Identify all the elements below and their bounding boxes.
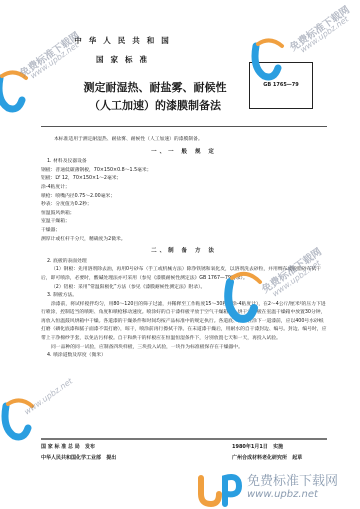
list-item: 钢板：普通低碳薄钢板，70×150×0.8～1.5毫米； — [41, 167, 327, 176]
paragraph: 涂漆前，将试样搅拌均匀，用80～120目的筛子过滤，并稀释至工作粘度15～30秒… — [41, 301, 327, 344]
list-item: 铝板：LY 12，70×150×1～2毫米； — [41, 175, 327, 184]
list-item: 干燥器； — [41, 227, 327, 236]
document-title-line2: （人工加速）的漆膜制备法 — [60, 97, 250, 113]
footer-left: 国 家 标 准 总 局 发布 中华人民共和国化学工业部 提出 — [41, 442, 116, 464]
item-label: 4. 喷涂道数及厚度（微米） — [41, 352, 327, 361]
section-heading-general: 一、一 般 规 定 — [41, 148, 327, 157]
drafter: 广州合成材料老化研究所 — [232, 455, 287, 461]
list-item: 秒表：分度值为0.2秒； — [41, 201, 327, 210]
proposer: 中华人民共和国化学工业部 — [41, 455, 101, 461]
section-heading-method: 二、制 备 方 法 — [41, 247, 327, 256]
effective-date: 1980年1月1日 — [232, 444, 268, 450]
intro-paragraph: 本标准适用于测定耐湿热、耐盐雾、耐候性（人工加速）的漆膜制备。 — [41, 136, 327, 145]
effective-action: 实施 — [273, 444, 283, 450]
proposer-action: 提出 — [106, 455, 116, 461]
list-item: 涂-4粘度计； — [41, 184, 327, 193]
issuer-line: 国 家 标 准 总 局 发布 — [41, 442, 116, 453]
site-brand: 免费标准下载网 www.upbz.net — [195, 470, 360, 509]
paragraph: 同一品种的同一试验，应制备四块样板，三块投入试验，一块作为标准板保存在干燥器中。 — [41, 344, 327, 353]
footer-right: 1980年1月1日 实施 广州合成材料老化研究所 起草 — [232, 442, 327, 464]
item-label: 3. 制板方法。 — [41, 292, 327, 301]
paragraph: （1）钢板：先用溶剂除去油，再用0号砂布（手工或机械方法）除净铁锈和氧化皮，以溶… — [41, 266, 327, 283]
brand-site-name: 免费标准下载网 — [247, 470, 338, 489]
standard-number: GB 1765—79 — [250, 82, 312, 88]
drafter-action: 起草 — [292, 455, 302, 461]
standard-document-page: 中华人民共和国 国家标准 测定耐湿热、耐盐雾、耐候性 （人工加速）的漆膜制备法 … — [0, 0, 360, 509]
country-heading: 中华人民共和国 — [0, 35, 250, 46]
proposer-line: 中华人民共和国化学工业部 提出 — [41, 453, 116, 464]
standard-number-box: GB 1765—79 — [249, 62, 313, 109]
item-label: 1. 材料及仪器设备 — [41, 158, 327, 167]
up-logo-icon — [195, 470, 245, 509]
paragraph: （2）铝板：采用“常温阳极化”方法（参见《漆膜耐候性测定法》附录）。 — [41, 284, 327, 293]
list-item: 喷枪：喷嘴内径0.75～2.00毫米； — [41, 193, 327, 202]
drafter-line: 广州合成材料老化研究所 起草 — [232, 453, 327, 464]
up-logo-icon — [0, 70, 34, 120]
up-logo-icon — [0, 398, 40, 448]
document-title-line1: 测定耐湿热、耐盐雾、耐候性 — [60, 79, 250, 95]
list-item: 恒温鼓风烘箱； — [41, 210, 327, 219]
watermark-site-name: 免费标准下载网 — [286, 1, 352, 53]
item-label: 2. 底板的表面处理 — [41, 258, 327, 267]
brand-url: www.upbz.net — [247, 489, 318, 500]
category-heading: 国家标准 — [0, 54, 250, 65]
watermark-url: www.upbz.net — [299, 15, 351, 55]
effective-line: 1980年1月1日 实施 — [232, 442, 327, 453]
issuer: 国 家 标 准 总 局 — [41, 444, 80, 450]
footer-divider — [41, 438, 327, 440]
issuer-action: 发布 — [85, 444, 95, 450]
document-body: 本标准适用于测定耐湿热、耐盐雾、耐候性（人工加速）的漆膜制备。 一、一 般 规 … — [41, 136, 327, 361]
watermark-url: www.upbz.net — [23, 377, 75, 417]
list-item: 室温干燥箱； — [41, 218, 327, 227]
header-divider — [41, 126, 327, 127]
list-item: 测厚计或杠杆千分尺，精确度为2微米。 — [41, 236, 327, 245]
